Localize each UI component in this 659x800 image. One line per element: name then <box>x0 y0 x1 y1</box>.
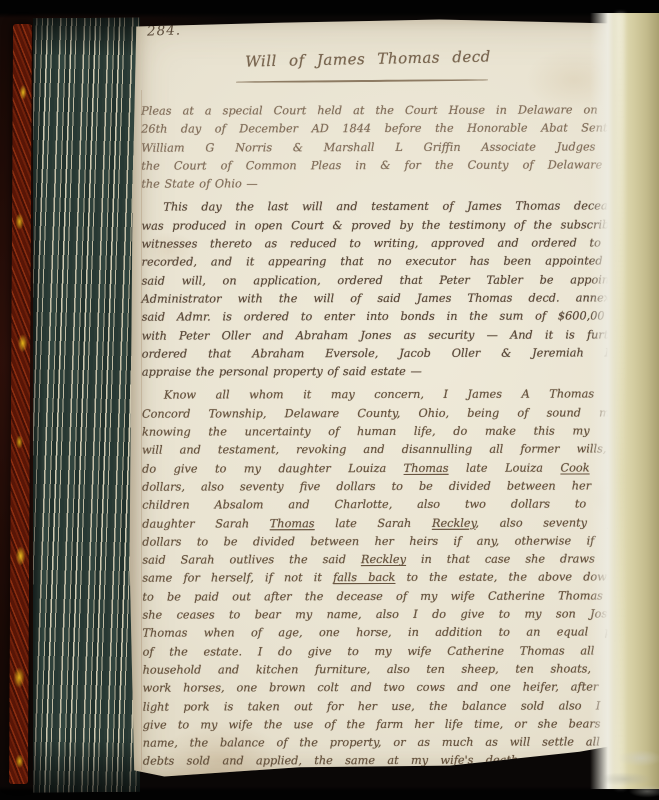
record-book-photo: 284. Will of James Thomas decd Pleas at … <box>0 0 659 800</box>
document-title: Will of James Thomas decd <box>216 47 520 71</box>
mylar-sleeve-corner <box>600 742 659 800</box>
ledger-page: 284. Will of James Thomas decd Pleas at … <box>128 18 647 792</box>
book-cover-edge <box>9 24 32 784</box>
manuscript-line: said Sarah outlives the said Reckley in … <box>142 550 628 570</box>
manuscript-line: Know all whom it may concern, I James A … <box>142 386 628 406</box>
manuscript-line: This day the last will and testament of … <box>141 198 627 218</box>
manuscript-line: work horses, one brown colt and two cows… <box>143 679 629 699</box>
title-underline-flourish <box>236 79 488 83</box>
manuscript-line: said Admr. is ordered to enter into bond… <box>142 308 628 328</box>
manuscript-line: she ceases to bear my name, also I do gi… <box>142 605 628 625</box>
manuscript-line: was produced in open Court & proved by t… <box>141 216 627 236</box>
manuscript-line: do give to my daughter Louiza Thomas lat… <box>142 459 628 479</box>
manuscript-line: witnesses thereto as reduced to writing,… <box>141 234 627 254</box>
manuscript-line: ordered that Abraham Eversole, Jacob Oll… <box>142 344 628 364</box>
manuscript-line: with Peter Oller and Abraham Jones as se… <box>142 326 628 346</box>
manuscript-line: Thomas when of age, one horse, in additi… <box>142 624 628 644</box>
manuscript-line: light pork is taken out for her use, the… <box>143 697 629 717</box>
manuscript-line: of the estate. I do give to my wife Cath… <box>143 642 629 662</box>
paragraph: This day the last will and testament of … <box>141 198 627 382</box>
manuscript-line: said will, on application, ordered that … <box>142 271 628 291</box>
manuscript-line: to be paid out after the decease of my w… <box>142 587 628 607</box>
manuscript-line: Administrator with the will of said Jame… <box>142 289 628 309</box>
manuscript-line: will and testament, revoking and disannu… <box>142 441 628 461</box>
manuscript-line: Concord Township, Delaware County, Ohio,… <box>142 404 628 424</box>
manuscript-line: name, the balance of the property, or as… <box>143 733 629 753</box>
manuscript-line: dollars, also seventy five dollars to be… <box>142 477 628 497</box>
manuscript-line: the Court of Common Pleas in & for the C… <box>141 156 627 176</box>
paragraph: Pleas at a special Court held at the Cou… <box>141 101 627 194</box>
manuscript-line: Pleas at a special Court held at the Cou… <box>141 101 627 121</box>
manuscript-line: dollars to be divided between her heirs … <box>142 532 628 552</box>
manuscript-line: the State of Ohio — <box>141 175 627 195</box>
page-edges-stack <box>33 18 140 793</box>
manuscript-line: children Absalom and Charlotte, also two… <box>142 496 628 516</box>
next-page-curl <box>590 13 659 789</box>
manuscript-line: knowing the uncertainty of human life, d… <box>142 422 628 442</box>
manuscript-line: household and kitchen furniture, also te… <box>143 660 629 680</box>
manuscript-line: recorded, and it appearing that no execu… <box>142 253 628 273</box>
manuscript-line: 26th day of December AD 1844 before the … <box>141 120 627 140</box>
manuscript-line: same for herself, if not it falls back t… <box>142 569 628 589</box>
manuscript-line: appraise the personal property of said e… <box>142 363 628 383</box>
manuscript-line: give to my wife the use of the farm her … <box>143 715 629 735</box>
document-text: Pleas at a special Court held at the Cou… <box>141 101 629 771</box>
paragraph: Know all whom it may concern, I James A … <box>142 386 629 772</box>
page-curl-highlight <box>616 13 625 789</box>
manuscript-line: daughter Sarah Thomas late Sarah Reckley… <box>142 514 628 534</box>
manuscript-line: William G Norris & Marshall L Griffin As… <box>141 138 627 158</box>
